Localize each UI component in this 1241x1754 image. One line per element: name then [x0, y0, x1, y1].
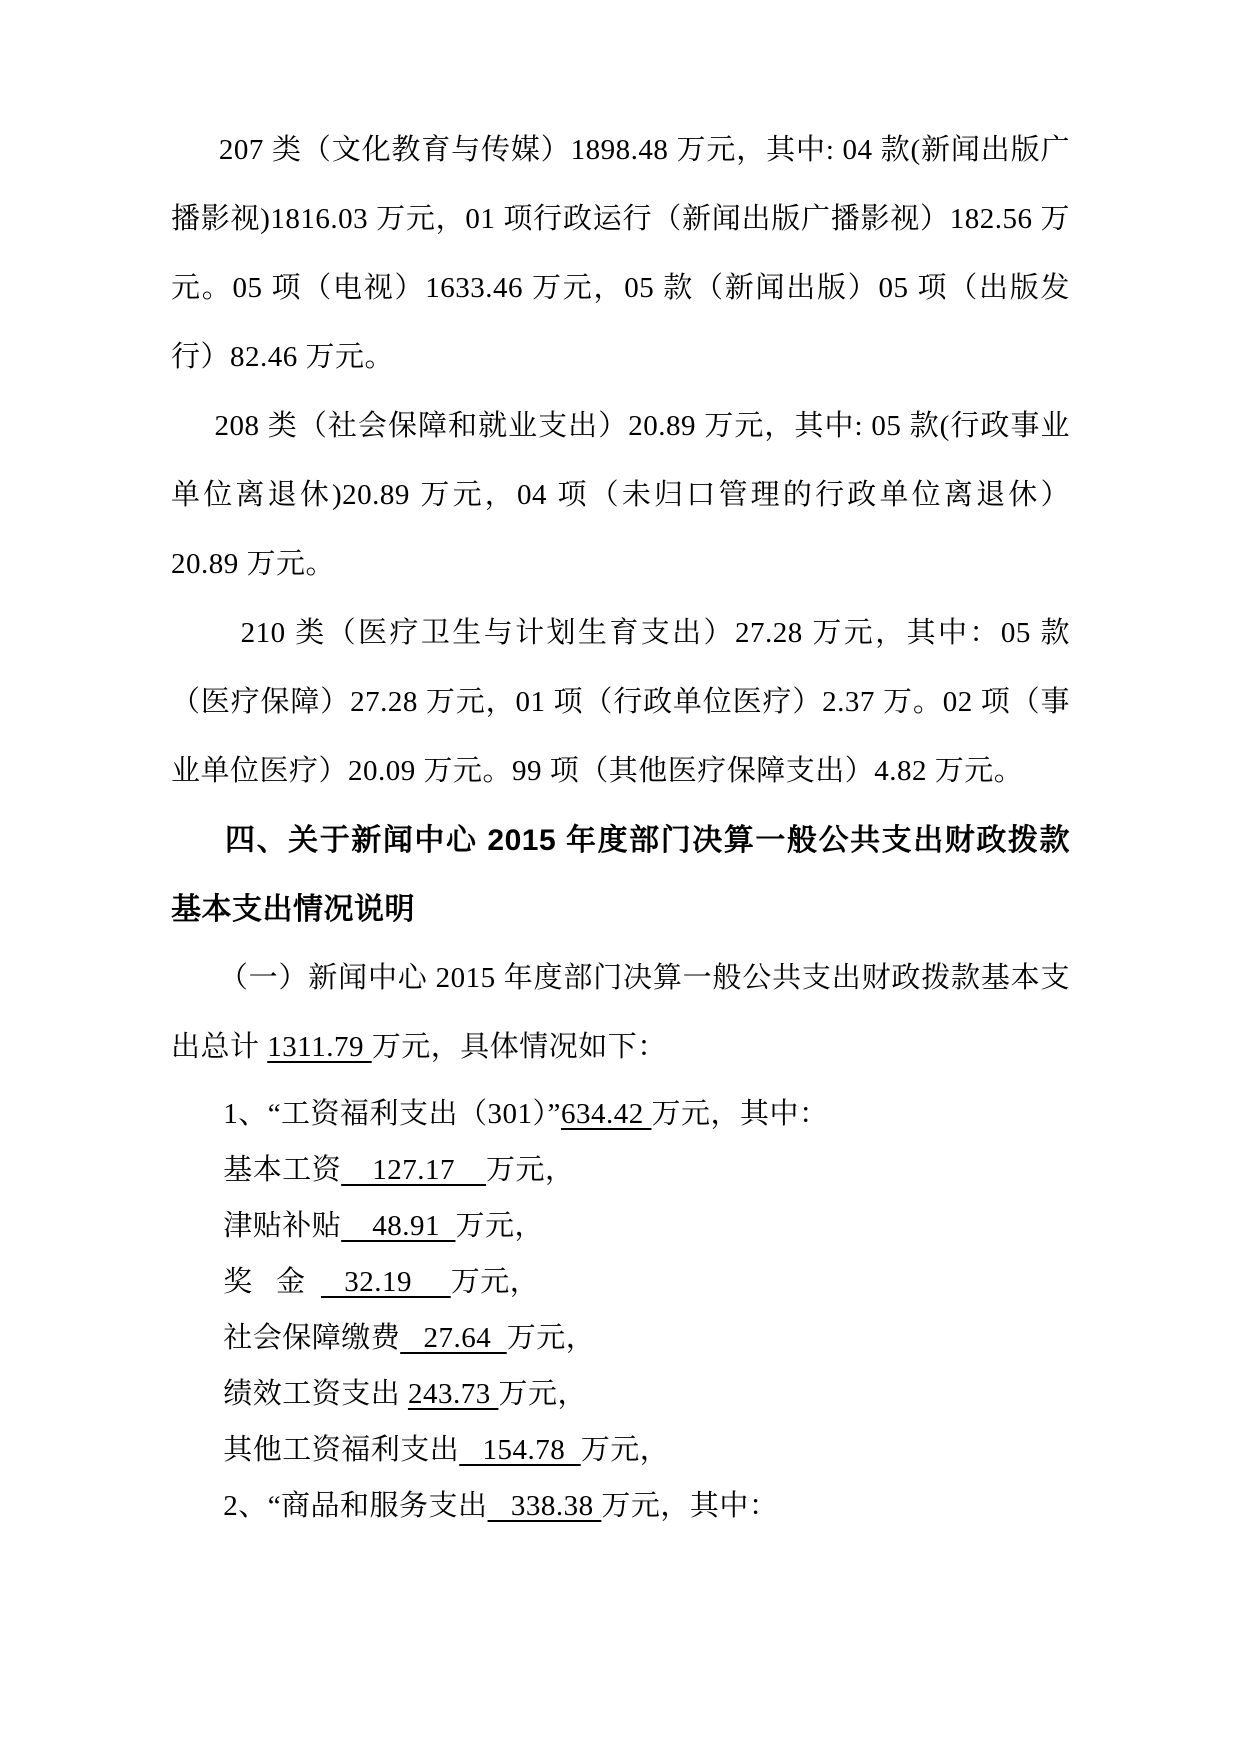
item-label: 1、“工资福利支出（301）”: [223, 1098, 561, 1130]
item-suffix: 万元，: [486, 1154, 575, 1186]
item-label: 2、“商品和服务支出: [223, 1490, 487, 1522]
item-suffix: 万元，: [455, 1210, 544, 1242]
heading-text: 四、关于新闻中心 2015 年度部门决算一般公共支出财政拨款基本支出情况说明: [171, 824, 1070, 926]
list-item-performance-pay: 绩效工资支出 243.73 万元，: [171, 1366, 1070, 1422]
item-suffix: 万元，: [498, 1378, 587, 1410]
underlined-amount: 154.78: [459, 1434, 581, 1466]
item-label: 奖 金: [223, 1266, 321, 1298]
paragraph-basic-expenditure-total: （一）新闻中心 2015 年度部门决算一般公共支出财政拨款基本支出总计 1311…: [171, 944, 1070, 1082]
underlined-amount: 27.64: [400, 1322, 507, 1354]
paragraph-207-culture-education-media: 207 类（文化教育与传媒）1898.48 万元，其中: 04 款(新闻出版广播…: [171, 116, 1070, 392]
item-label: 其他工资福利支出: [223, 1434, 459, 1466]
item-suffix: 万元，其中：: [601, 1490, 778, 1522]
document-page: 207 类（文化教育与传媒）1898.48 万元，其中: 04 款(新闻出版广播…: [0, 0, 1241, 1754]
list-item-social-security-contribution: 社会保障缴费 27.64 万元，: [171, 1310, 1070, 1366]
paragraph-text: 208 类（社会保障和就业支出）20.89 万元，其中: 05 款(行政事业单位…: [171, 410, 1070, 580]
paragraph-text: 210 类（医疗卫生与计划生育支出）27.28 万元，其中：05 款（医疗保障）…: [171, 617, 1070, 787]
underlined-amount-total: 1311.79: [267, 1031, 371, 1063]
paragraph-208-social-security-employment: 208 类（社会保障和就业支出）20.89 万元，其中: 05 款(行政事业单位…: [171, 392, 1070, 599]
list-item-allowances-subsidies: 津贴补贴 48.91 万元，: [171, 1198, 1070, 1254]
item-label: 社会保障缴费: [223, 1322, 400, 1354]
item-suffix: 万元，: [581, 1434, 670, 1466]
item-suffix: 万元，: [507, 1322, 596, 1354]
item-suffix: 万元，: [451, 1266, 540, 1298]
item-label: 基本工资: [223, 1154, 341, 1186]
list-item-bonus: 奖 金 32.19 万元，: [171, 1254, 1070, 1310]
underlined-amount: 338.38: [488, 1490, 602, 1522]
list-item-basic-salary: 基本工资 127.17 万元，: [171, 1142, 1070, 1198]
underlined-amount: 127.17: [341, 1154, 486, 1186]
section-heading-4-basic-expenditure: 四、关于新闻中心 2015 年度部门决算一般公共支出财政拨款基本支出情况说明: [171, 806, 1070, 944]
expense-breakdown-list: 1、“工资福利支出（301）”634.42 万元，其中： 基本工资 127.17…: [171, 1086, 1070, 1534]
item-suffix: 万元，其中：: [651, 1098, 828, 1130]
item-label: 津贴补贴: [223, 1210, 341, 1242]
list-item-goods-services: 2、“商品和服务支出 338.38 万元，其中：: [171, 1478, 1070, 1534]
list-item-wage-welfare-301: 1、“工资福利支出（301）”634.42 万元，其中：: [171, 1086, 1070, 1142]
item-label: 绩效工资支出: [223, 1378, 408, 1410]
underlined-amount: 48.91: [341, 1210, 455, 1242]
paragraph-text: 207 类（文化教育与传媒）1898.48 万元，其中: 04 款(新闻出版广播…: [171, 134, 1070, 373]
list-item-other-wage-welfare: 其他工资福利支出 154.78 万元，: [171, 1422, 1070, 1478]
paragraph-210-medical-health: 210 类（医疗卫生与计划生育支出）27.28 万元，其中：05 款（医疗保障）…: [171, 599, 1070, 806]
underlined-amount: 634.42: [561, 1098, 652, 1130]
paragraph-text: 万元，具体情况如下：: [372, 1031, 667, 1063]
underlined-amount: 243.73: [408, 1378, 499, 1410]
underlined-amount: 32.19: [321, 1266, 451, 1298]
